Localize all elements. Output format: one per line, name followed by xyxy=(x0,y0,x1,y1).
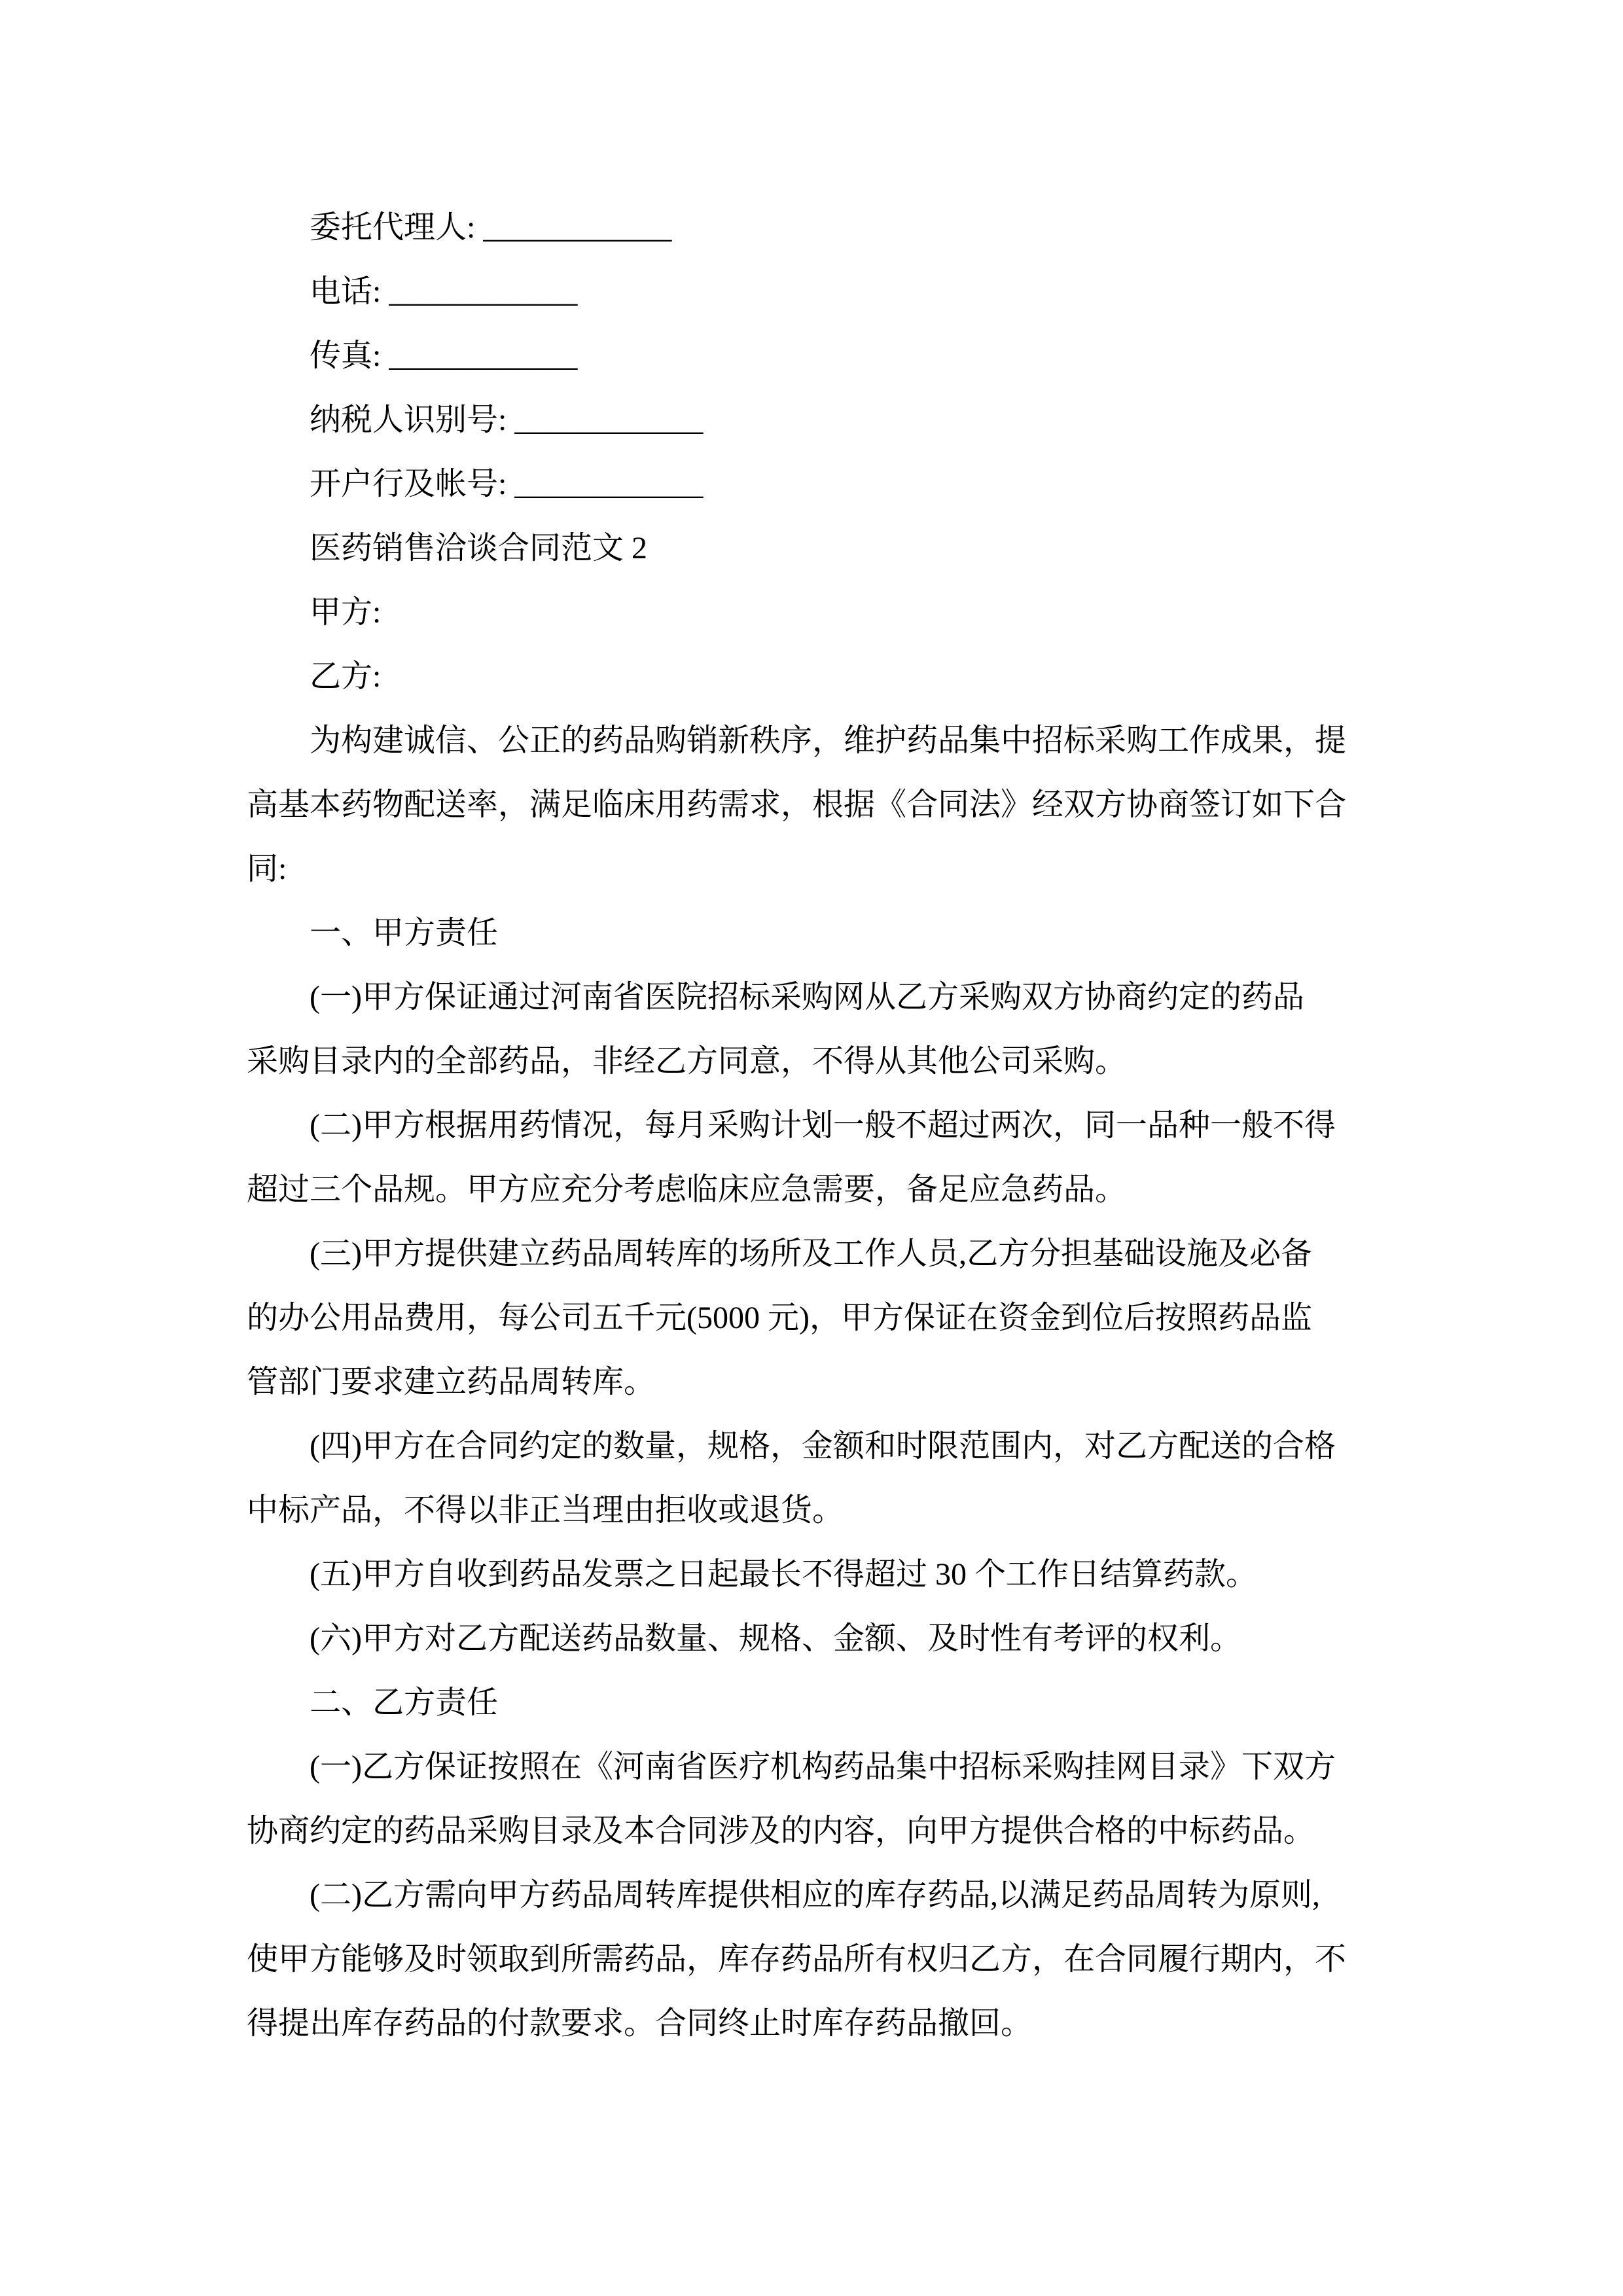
doc-line: 二、乙方责任 xyxy=(247,1671,1418,1735)
document-body: 委托代理人: ____________电话: ____________传真: _… xyxy=(247,196,1418,2056)
doc-line: (一)甲方保证通过河南省医院招标采购网从乙方采购双方协商约定的药品 xyxy=(247,965,1418,1030)
doc-line: 使甲方能够及时领取到所需药品，库存药品所有权归乙方，在合同履行期内，不 xyxy=(247,1928,1418,1992)
doc-line: 协商约定的药品采购目录及本合同涉及的内容，向甲方提供合格的中标药品。 xyxy=(247,1799,1418,1863)
doc-line: (二)乙方需向甲方药品周转库提供相应的库存药品,以满足药品周转为原则, xyxy=(247,1863,1418,1928)
doc-line: 为构建诚信、公正的药品购销新秩序，维护药品集中招标采购工作成果，提 xyxy=(247,709,1418,773)
doc-line: (一)乙方保证按照在《河南省医疗机构药品集中招标采购挂网目录》下双方 xyxy=(247,1735,1418,1799)
doc-line: 乙方: xyxy=(247,645,1418,709)
doc-line: 同: xyxy=(247,837,1418,901)
doc-line: 的办公用品费用，每公司五千元(5000 元)，甲方保证在资金到位后按照药品监 xyxy=(247,1286,1418,1350)
doc-line: 管部门要求建立药品周转库。 xyxy=(247,1350,1418,1414)
doc-line: 高基本药物配送率，满足临床用药需求，根据《合同法》经双方协商签订如下合 xyxy=(247,773,1418,837)
doc-line: 中标产品，不得以非正当理由拒收或退货。 xyxy=(247,1479,1418,1543)
doc-line: (六)甲方对乙方配送药品数量、规格、金额、及时性有考评的权利。 xyxy=(247,1607,1418,1671)
doc-line: (二)甲方根据用药情况，每月采购计划一般不超过两次，同一品种一般不得 xyxy=(247,1094,1418,1158)
doc-line: 甲方: xyxy=(247,581,1418,645)
doc-line: (三)甲方提供建立药品周转库的场所及工作人员,乙方分担基础设施及必备 xyxy=(247,1222,1418,1286)
doc-line: (五)甲方自收到药品发票之日起最长不得超过 30 个工作日结算药款。 xyxy=(247,1543,1418,1607)
doc-line: 纳税人识别号: ____________ xyxy=(247,388,1418,452)
doc-line: (四)甲方在合同约定的数量，规格，金额和时限范围内，对乙方配送的合格 xyxy=(247,1414,1418,1479)
doc-line: 得提出库存药品的付款要求。合同终止时库存药品撤回。 xyxy=(247,1992,1418,2056)
doc-line: 超过三个品规。甲方应充分考虑临床应急需要，备足应急药品。 xyxy=(247,1158,1418,1222)
doc-line: 传真: ____________ xyxy=(247,324,1418,388)
doc-line: 委托代理人: ____________ xyxy=(247,196,1418,260)
contract-document-page: 委托代理人: ____________电话: ____________传真: _… xyxy=(0,0,1623,2296)
doc-line: 医药销售洽谈合同范文 2 xyxy=(247,516,1418,581)
doc-line: 电话: ____________ xyxy=(247,260,1418,324)
doc-line: 采购目录内的全部药品，非经乙方同意，不得从其他公司采购。 xyxy=(247,1030,1418,1094)
doc-line: 一、甲方责任 xyxy=(247,901,1418,965)
doc-line: 开户行及帐号: ____________ xyxy=(247,452,1418,516)
